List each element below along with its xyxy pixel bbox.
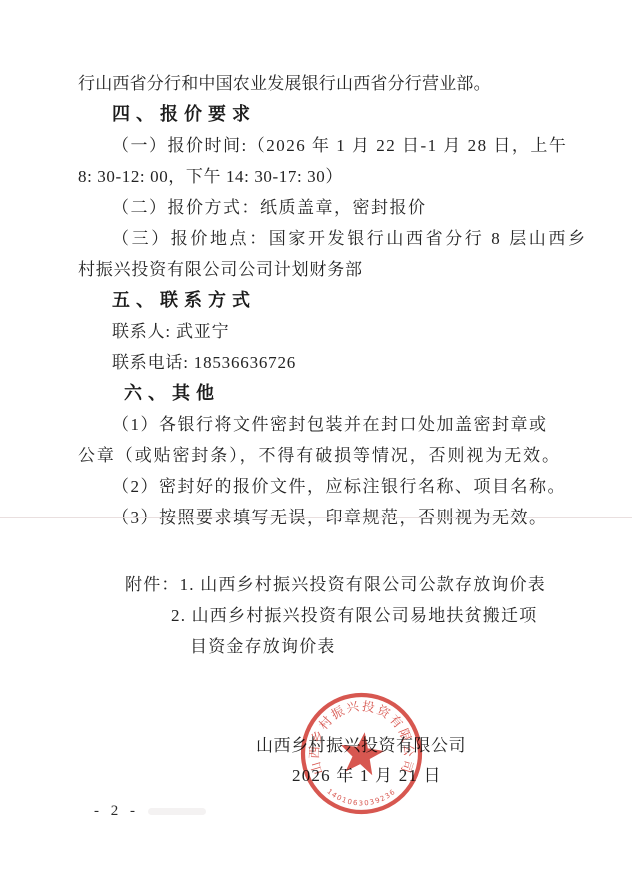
company-seal-stamp: 山西乡村振兴投资有限公司 1401063039236	[299, 691, 424, 816]
attachment-line-2: 2. 山西乡村振兴投资有限公司易地扶贫搬迁项	[171, 601, 537, 626]
document-line: 村振兴投资有限公司公司计划财务部	[78, 254, 618, 285]
document-line: 联系电话: 18536636726	[78, 347, 618, 378]
attachment-line-1: 附件：1. 山西乡村振兴投资有限公司公款存放询价表	[125, 570, 546, 595]
scan-artifact-smudge	[148, 808, 206, 815]
attachment-line-3: 目资金存放询价表	[190, 632, 336, 657]
document-line: （1）各银行将文件密封包装并在封口处加盖密封章或	[78, 409, 618, 440]
document-line: 联系人: 武亚宁	[78, 316, 618, 347]
document-line: 五、联系方式	[78, 285, 618, 316]
document-line: （2）密封好的报价文件，应标注银行名称、项目名称。	[78, 471, 618, 502]
document-body: 行山西省分行和中国农业发展银行山西省分行营业部。四、报价要求（一）报价时间:（2…	[78, 68, 618, 533]
page-number: - 2 -	[94, 803, 139, 820]
seal-star-icon	[337, 729, 386, 776]
document-line: 公章（或贴密封条），不得有破损等情况，否则视为无效。	[78, 440, 618, 471]
document-line: 行山西省分行和中国农业发展银行山西省分行营业部。	[78, 68, 618, 99]
document-line: 四、报价要求	[78, 99, 618, 130]
document-line: （三）报价地点：国家开发银行山西省分行 8 层山西乡	[78, 223, 618, 254]
document-page: 行山西省分行和中国农业发展银行山西省分行营业部。四、报价要求（一）报价时间:（2…	[0, 0, 632, 884]
document-line: 8: 30-12: 00，下午 14: 30-17: 30）	[78, 161, 618, 192]
document-line: 六、其他	[78, 378, 618, 409]
document-line: （一）报价时间:（2026 年 1 月 22 日-1 月 28 日，上午	[78, 130, 618, 161]
scan-artifact-line	[0, 517, 632, 518]
document-line: （二）报价方式：纸质盖章，密封报价	[78, 192, 618, 223]
